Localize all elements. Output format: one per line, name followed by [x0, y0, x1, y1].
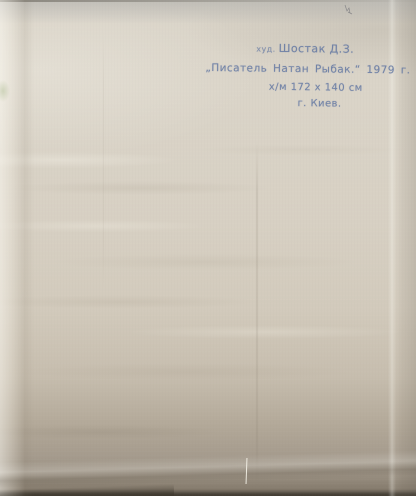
inscription-artist-prefix: худ. — [256, 45, 275, 54]
inscription-title-year-line: „Писатель Натан Рыбак.“ 1979 г. — [205, 62, 410, 77]
inscription-artist-line: худ.Шостак Д.З. — [256, 42, 354, 56]
inscription-city-line: г. Киев. — [297, 98, 341, 110]
inscription-medium-size-line: х/м 172 х 140 см — [269, 82, 363, 94]
canvas-back-photo: худ.Шостак Д.З. „Писатель Натан Рыбак.“ … — [0, 0, 416, 496]
handwritten-inscription: худ.Шостак Д.З. „Писатель Натан Рыбак.“ … — [0, 0, 416, 133]
inscription-artist-name: Шостак Д.З. — [279, 42, 355, 56]
fabric-seam-line — [256, 140, 258, 490]
